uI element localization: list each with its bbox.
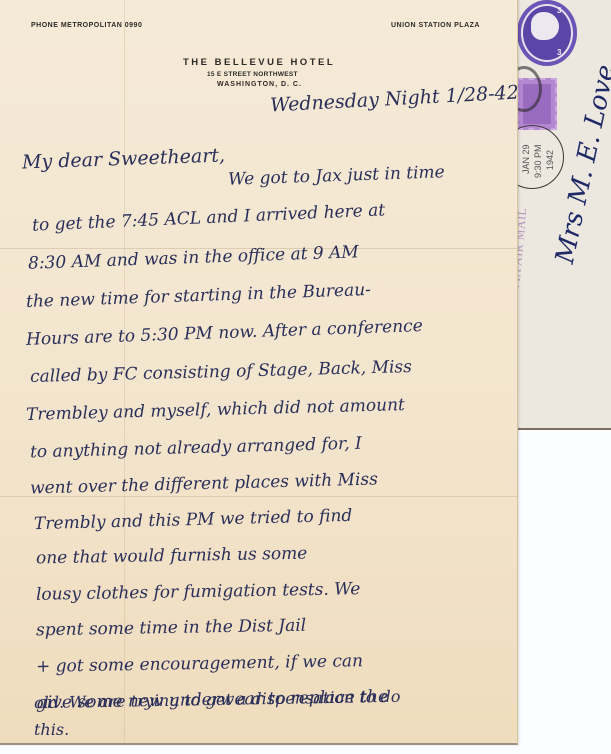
letterhead-city: WASHINGTON, D. C. xyxy=(217,81,302,88)
letter-line: to anything not already arranged for, I xyxy=(30,434,362,463)
letter-date: Wednesday Night 1/28-42 xyxy=(270,82,520,117)
letterhead-hotel-name: THE BELLEVUE HOTEL xyxy=(183,57,335,68)
letterhead-location: UNION STATION PLAZA xyxy=(391,22,480,29)
letter-line: to get the 7:45 ACL and I arrived here a… xyxy=(32,200,386,235)
stamp-portrait-icon xyxy=(531,12,559,40)
letter-line: spent some time in the Dist Jail xyxy=(36,616,306,641)
letter-line: went over the different places with Miss xyxy=(30,469,378,498)
letter-line: the new time for starting in the Bureau- xyxy=(26,280,371,312)
letter-line: 8:30 AM and was in the office at 9 AM xyxy=(28,242,359,274)
letterhead-phone: PHONE METROPOLITAN 0990 xyxy=(31,22,142,29)
postmark-time: 9:30 PM xyxy=(533,144,543,178)
stamp-denomination-lower: 3 xyxy=(557,48,562,57)
letter-line: Trembley and myself, which did not amoun… xyxy=(26,395,405,425)
letter-line: this. xyxy=(34,720,69,739)
letter-sheet: PHONE METROPOLITAN 0990 UNION STATION PL… xyxy=(0,0,518,745)
letter-line: Hours are to 5:30 PM now. After a confer… xyxy=(26,316,423,350)
postmark-date: JAN 29 xyxy=(521,144,531,174)
letter-line: lousy clothes for fumigation tests. We xyxy=(36,579,361,605)
salutation: My dear Sweetheart, xyxy=(22,144,226,173)
stamp-denomination: 3 xyxy=(557,6,562,15)
letter-line: Trembly and this PM we tried to find xyxy=(34,506,353,534)
embossed-stamp: 3 3 xyxy=(517,0,577,66)
letter-line: one that would furnish us some xyxy=(36,544,308,569)
letter-line: called by FC consisting of Stage, Back, … xyxy=(30,357,412,387)
letter-line: + got some encouragement, if we can xyxy=(36,651,363,677)
letter-line: We got to Jax just in time xyxy=(228,162,445,190)
letterhead-street: 15 E STREET NORTHWEST xyxy=(207,71,298,78)
postmark-year: 1942 xyxy=(545,150,555,170)
